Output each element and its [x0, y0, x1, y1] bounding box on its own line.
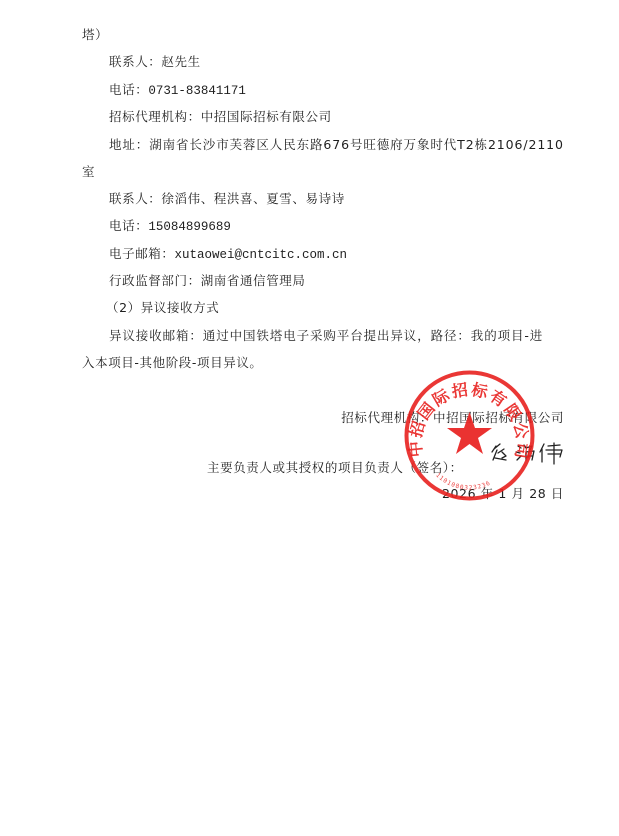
handwritten-signature	[490, 438, 570, 468]
phone-1: 电话：0731-83841171	[109, 82, 246, 99]
company-seal-stamp: 中招国际招标有限公司 1101080323236	[402, 368, 537, 503]
document-page: 塔） 联系人：赵先生 电话：0731-83841171 招标代理机构：中招国际招…	[0, 0, 619, 836]
signature-label: 主要负责人或其授权的项目负责人（签名）：	[207, 460, 463, 476]
objection-text-2: 入本项目-其他阶段-项目异议。	[82, 355, 263, 371]
email-label: 电子邮箱：	[109, 246, 175, 261]
address-line-1: 地址：湖南省长沙市芙蓉区人民东路676号旺德府万象时代T2栋2106/2110	[109, 137, 564, 153]
section-heading-objection: （2）异议接收方式	[106, 300, 219, 316]
phone-1-value: 0731-83841171	[148, 84, 246, 98]
bidding-agency: 招标代理机构：中招国际招标有限公司	[109, 109, 332, 125]
phone-2-value: 15084899689	[148, 220, 231, 234]
footer-agency: 招标代理机构：中招国际招标有限公司	[341, 410, 564, 426]
document-date: 2026 年 1 月 28 日	[442, 486, 564, 502]
phone-2-label: 电话：	[109, 218, 148, 233]
objection-text-1: 异议接收邮箱：通过中国铁塔电子采购平台提出异议，路径：我的项目-进	[109, 328, 543, 344]
email-value: xutaowei@cntcitc.com.cn	[175, 248, 348, 262]
supervisory-department: 行政监督部门：湖南省通信管理局	[109, 273, 306, 289]
phone-2: 电话：15084899689	[109, 218, 231, 235]
contact-person-1: 联系人：赵先生	[109, 54, 201, 70]
address-line-2: 室	[82, 164, 95, 180]
email: 电子邮箱：xutaowei@cntcitc.com.cn	[109, 246, 347, 263]
contact-person-2: 联系人：徐滔伟、程洪喜、夏雪、易诗诗	[109, 191, 345, 207]
continued-text: 塔）	[82, 27, 108, 43]
phone-1-label: 电话：	[109, 82, 148, 97]
